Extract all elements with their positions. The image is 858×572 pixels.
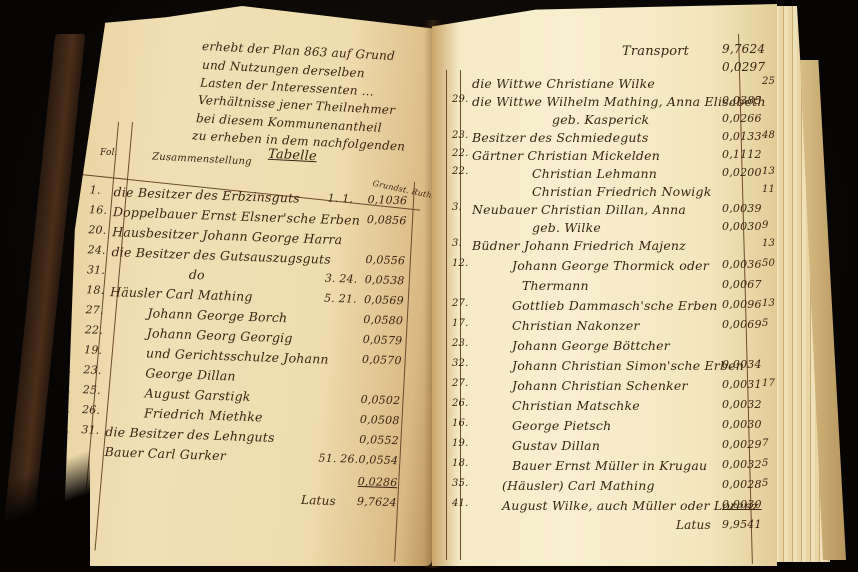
row-amount: 0,0039 — [722, 202, 762, 215]
bottom-left-shadow — [0, 430, 90, 572]
row-amount: 0,0030 — [722, 498, 762, 511]
row-amount: 0,0502 — [360, 393, 400, 407]
row-side-note: 13 — [762, 298, 775, 309]
row-amount: 0,0554 — [358, 453, 398, 467]
ledger-footer: Latus9,9541 — [432, 518, 777, 538]
table-subheading: Zusammenstellung — [152, 151, 252, 167]
row-folio: 23. — [83, 363, 102, 377]
row-folio: 26. — [452, 398, 469, 409]
row-qty: 3. 24. — [325, 272, 358, 286]
row-side-note: 7 — [762, 438, 769, 449]
row-folio: 26. — [82, 403, 101, 417]
row-amount: 0,0067 — [722, 278, 762, 291]
row-amount: 0,0096 — [722, 298, 762, 311]
row-folio: 1. — [90, 183, 101, 196]
row-number: 9. — [54, 342, 65, 355]
ledger-row: 27.Johann Christian Schenker0,003117 — [432, 378, 777, 398]
row-amount: 0,0552 — [359, 433, 399, 447]
row-text: Johann George Böttcher — [512, 338, 670, 353]
row-amount: 0,0028 — [722, 478, 762, 491]
ledger-row: Thermann0,0067 — [432, 278, 777, 298]
latus-label: Latus — [676, 518, 711, 532]
row-folio: 25. — [83, 383, 102, 397]
row-text: Thermann — [522, 278, 589, 293]
row-folio: 32. — [452, 358, 469, 369]
row-folio: 3. — [452, 202, 462, 213]
ledger-row: 26.Christian Matschke0,0032 — [432, 398, 777, 418]
ledger-row: 17.Christian Nakonzer0,00695 — [432, 318, 777, 338]
row-folio: 22. — [452, 166, 469, 177]
table-heading: Tabelle — [268, 147, 318, 165]
row-folio: 20. — [88, 223, 107, 237]
ledger-row: 23.Johann George Böttcher — [432, 338, 777, 358]
row-text: Gärtner Christian Mickelden — [472, 148, 660, 163]
row-folio: 17. — [452, 318, 469, 329]
row-amount: 0,0032 — [722, 458, 762, 471]
row-text: do — [189, 267, 205, 283]
open-ledger-book: erhebt der Plan 863 auf Grund und Nutzun… — [0, 0, 858, 572]
row-amount: 0,0030 — [722, 418, 762, 431]
row-side-note: 5 — [762, 318, 769, 329]
row-amount: 0,0538 — [365, 273, 405, 287]
row-number: 12. — [52, 402, 70, 416]
row-amount: 0,0385 — [722, 94, 762, 107]
row-text: geb. Kasperick — [552, 112, 649, 127]
row-text: Besitzer des Schmiedeguts — [472, 130, 649, 145]
row-amount: 0,0508 — [360, 413, 400, 427]
transport-label: Transport — [622, 44, 689, 59]
ledger-row: 3.Neubauer Christian Dillan, Anna0,0039 — [432, 202, 777, 222]
row-amount: 0,0029 — [722, 438, 762, 451]
row-number: 7. — [55, 302, 66, 315]
row-amount: 0,0200 — [722, 166, 762, 179]
row-amount: 0,0069 — [722, 318, 762, 331]
row-folio: 29. — [452, 94, 469, 105]
ledger-row: 22.Gärtner Christian Mickelden0,1112 — [432, 148, 777, 168]
row-text: Christian Lehmann — [532, 166, 657, 181]
row-text: die Wittwe Christiane Wilke — [472, 76, 655, 91]
row-side-note: 5 — [762, 478, 769, 489]
row-side-note: 25 — [762, 76, 775, 87]
row-text: Neubauer Christian Dillan, Anna — [472, 202, 686, 217]
row-amount: 0,0133 — [722, 130, 762, 143]
row-amount: 0,1112 — [722, 148, 762, 161]
ledger-row: 16.George Pietsch0,0030 — [432, 418, 777, 438]
right-page: Transport 9,7624 0,0297 die Wittwe Chris… — [432, 4, 777, 566]
row-folio: 35. — [452, 478, 469, 489]
row-side-note: 5 — [762, 458, 769, 469]
row-text: August Garstigk — [144, 385, 250, 404]
ledger-row: geb. Kasperick0,0266 — [432, 112, 777, 132]
row-amount: 0,0580 — [363, 313, 403, 327]
ledger-row: 12.Johann George Thormick oder0,003650 — [432, 258, 777, 278]
row-folio: 19. — [84, 343, 103, 357]
transport-total: 9,7624 — [722, 42, 765, 56]
row-folio: 12. — [452, 258, 469, 269]
ledger-row: geb. Wilke0,00309 — [432, 220, 777, 240]
row-text: Johann Christian Schenker — [512, 378, 688, 393]
row-folio: 16. — [452, 418, 469, 429]
row-amount: 0,0556 — [365, 253, 405, 267]
row-text: Bauer Carl Gurker — [104, 444, 226, 463]
row-side-note: 13 — [762, 238, 775, 249]
row-text: Bauer Ernst Müller in Krugau — [512, 458, 707, 473]
ledger-row: 29.die Wittwe Wilhelm Mathing, Anna Elis… — [432, 94, 777, 114]
latus-label: Latus — [301, 493, 336, 508]
row-folio: 31. — [87, 263, 106, 277]
row-qty: 51. 26. — [318, 451, 358, 465]
row-amount: 0,0034 — [722, 358, 762, 371]
row-text: Gustav Dillan — [512, 438, 600, 453]
ledger-row: 23.Besitzer des Schmiedeguts0,013348 — [432, 130, 777, 150]
row-folio: 19. — [452, 438, 469, 449]
row-side-note: 50 — [762, 258, 775, 269]
ledger-row: 22.Christian Lehmann0,020013 — [432, 166, 777, 186]
latus-total: 9,7624 — [357, 495, 397, 509]
row-side-note: 9 — [762, 220, 769, 231]
row-folio: 23. — [452, 338, 469, 349]
row-folio: 22. — [452, 148, 469, 159]
row-amount: 0,0032 — [722, 398, 762, 411]
row-text: Johann Christian Simon'sche Erben — [512, 358, 744, 373]
row-qty: 1. 1. — [327, 192, 353, 206]
row-side-note: 13 — [762, 166, 775, 177]
row-amount: 0,0856 — [367, 213, 407, 227]
ledger-row: 27.Gottlieb Dammasch'sche Erben0,009613 — [432, 298, 777, 318]
row-qty: 5. 21. — [324, 292, 357, 306]
row-folio: 24. — [87, 243, 106, 257]
row-text: Christian Friedrich Nowigk — [532, 184, 711, 199]
ledger-row: 35.(Häusler) Carl Mathing0,00285 — [432, 478, 777, 498]
ledger-row: 3.Büdner Johann Friedrich Majenz13 — [432, 238, 777, 258]
row-side-note: 17 — [762, 378, 775, 389]
row-folio: 27. — [85, 303, 104, 317]
row-folio: 41. — [452, 498, 469, 509]
row-folio: 27. — [452, 378, 469, 389]
row-folio: 22. — [85, 323, 104, 337]
row-folio: 27. — [452, 298, 469, 309]
row-text: (Häusler) Carl Mathing — [502, 478, 655, 493]
row-text: Christian Matschke — [512, 398, 640, 413]
row-folio: 3. — [452, 238, 462, 249]
transport-sub: 0,0297 — [722, 60, 765, 74]
latus-total: 9,9541 — [722, 518, 762, 531]
row-number: 10. — [53, 362, 72, 376]
ledger-row: 18.Bauer Ernst Müller in Krugau0,00325 — [432, 458, 777, 478]
row-amount: 0,0266 — [722, 112, 762, 125]
row-text: August Wilke, auch Müller oder Lorenz — [502, 498, 759, 513]
row-number: 8. — [55, 322, 66, 335]
row-amount: 0,0579 — [362, 333, 402, 347]
row-text: Christian Nakonzer — [512, 318, 640, 333]
row-folio: 18. — [86, 283, 105, 297]
ledger-row: 41.August Wilke, auch Müller oder Lorenz… — [432, 498, 777, 518]
row-amount: 0,0569 — [364, 293, 404, 307]
ledger-row: 19.Gustav Dillan0,00297 — [432, 438, 777, 458]
row-amount: 0,0036 — [722, 258, 762, 271]
row-text: Gottlieb Dammasch'sche Erben — [512, 298, 717, 313]
row-text: Friedrich Miethke — [144, 405, 263, 424]
row-text: die Besitzer des Erbzinsguts — [113, 184, 300, 205]
row-side-note: 48 — [762, 130, 775, 141]
row-text: George Pietsch — [512, 418, 611, 433]
row-text: Büdner Johann Friedrich Majenz — [472, 238, 686, 253]
row-folio: 18. — [452, 458, 469, 469]
row-amount: 0,1036 — [367, 193, 407, 207]
row-amount: 0,0286 — [358, 475, 398, 489]
row-amount: 0,0570 — [362, 353, 402, 367]
row-text: George Dillan — [145, 365, 236, 383]
left-page: erhebt der Plan 863 auf Grund und Nutzun… — [52, 6, 432, 566]
ledger-row: Christian Friedrich Nowigk11 — [432, 184, 777, 204]
row-text: geb. Wilke — [532, 220, 601, 235]
row-amount: 0,0030 — [722, 220, 762, 233]
ledger-row: die Wittwe Christiane Wilke25 — [432, 76, 777, 96]
row-text: Johann George Thormick oder — [512, 258, 709, 273]
row-side-note: 11 — [762, 184, 775, 195]
row-amount: 0,0031 — [722, 378, 762, 391]
row-folio: 16. — [89, 203, 108, 217]
row-folio: 23. — [452, 130, 469, 141]
ledger-row: 32.Johann Christian Simon'sche Erben0,00… — [432, 358, 777, 378]
row-number: 11. — [53, 382, 72, 396]
